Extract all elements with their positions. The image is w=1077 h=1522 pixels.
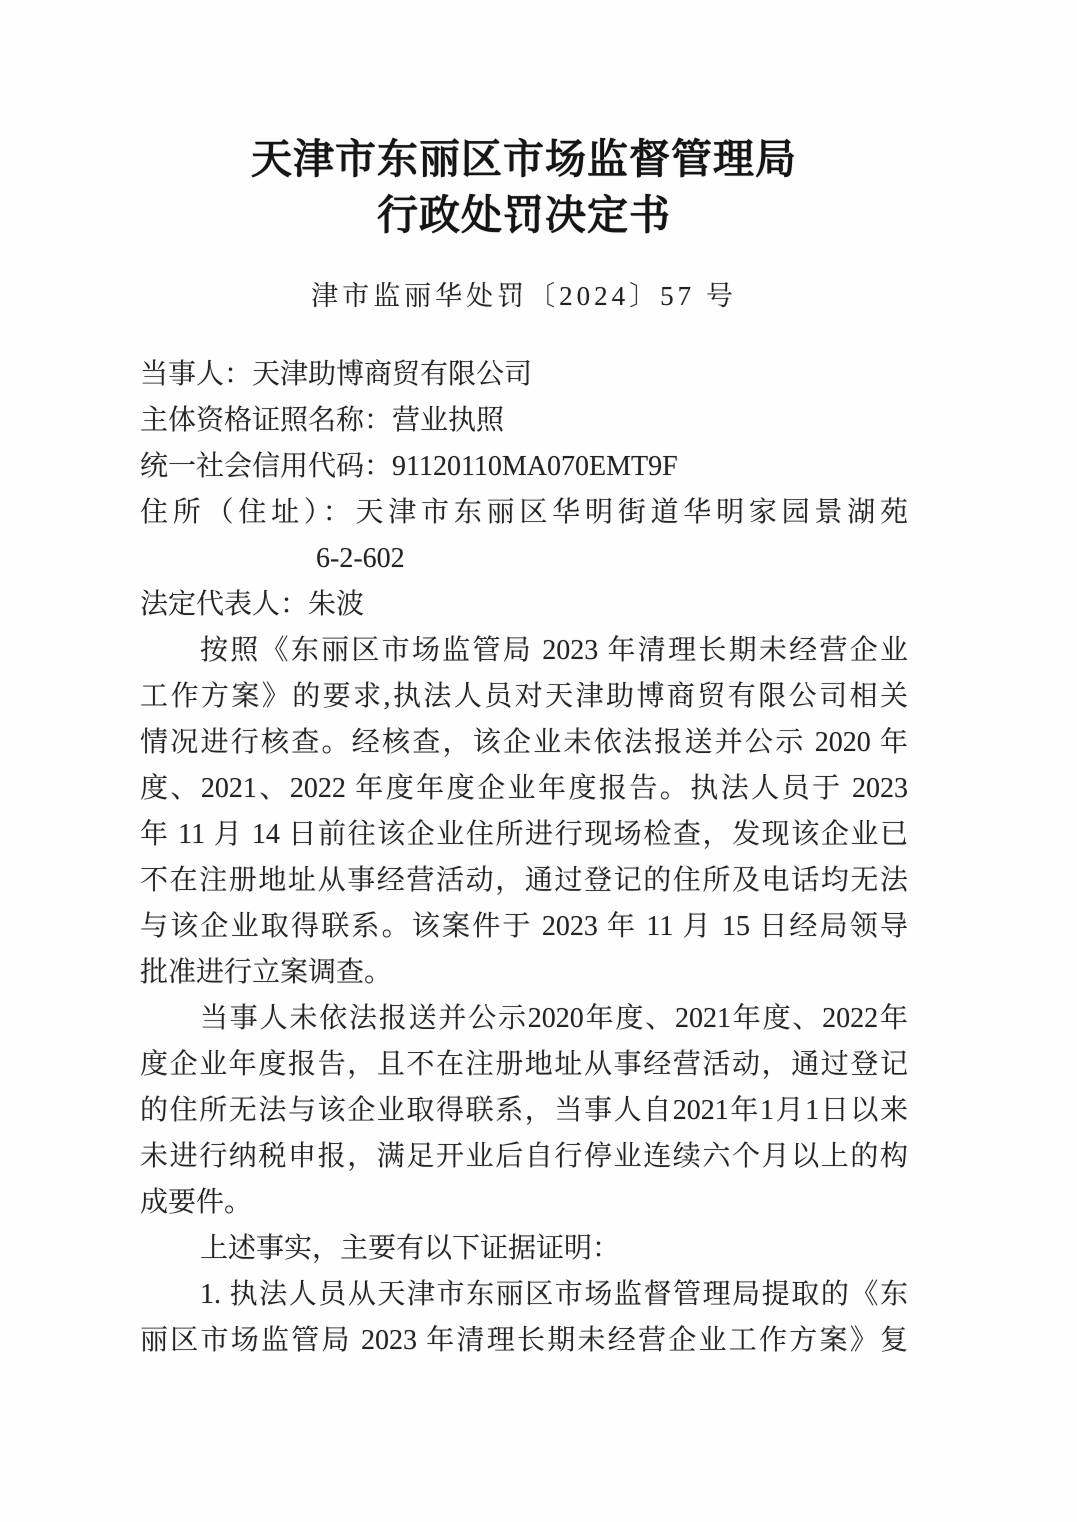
document-number: 津市监丽华处罚〔2024〕57 号: [140, 278, 908, 314]
body-line: 度、2021、2022 年度年度企业年度报告。执法人员于 2023: [140, 766, 908, 812]
body-line: 成要件。: [140, 1180, 908, 1226]
body-line: 情况进行核查。经核查，该企业未依法报送并公示 2020 年: [140, 720, 908, 766]
document-title-line-2: 行政处罚决定书: [140, 190, 908, 240]
body-line: 的住所无法与该企业取得联系，当事人自2021年1月1日以来: [140, 1088, 908, 1134]
body-line: 批准进行立案调查。: [140, 950, 908, 996]
scanned-document-page: 天津市东丽区市场监督管理局 行政处罚决定书 津市监丽华处罚〔2024〕57 号 …: [0, 0, 1077, 1522]
body-line: 未进行纳税申报，满足开业后自行停业连续六个月以上的构: [140, 1134, 908, 1180]
address-line-2: 6-2-602: [140, 536, 908, 582]
document-content: 天津市东丽区市场监督管理局 行政处罚决定书 津市监丽华处罚〔2024〕57 号 …: [140, 0, 908, 1364]
body-line: 按照《东丽区市场监管局 2023 年清理长期未经营企业: [140, 628, 908, 674]
party-name-line: 当事人：天津助博商贸有限公司: [140, 352, 908, 398]
evidence-item-line: 丽区市场监管局 2023 年清理长期未经营企业工作方案》复: [140, 1318, 908, 1364]
body-line: 工作方案》的要求,执法人员对天津助博商贸有限公司相关: [140, 674, 908, 720]
body-line: 与该企业取得联系。该案件于 2023 年 11 月 15 日经局领导: [140, 904, 908, 950]
license-type-line: 主体资格证照名称：营业执照: [140, 398, 908, 444]
evidence-item-line: 1. 执法人员从天津市东丽区市场监督管理局提取的《东: [140, 1272, 908, 1318]
evidence-intro-line: 上述事实，主要有以下证据证明：: [140, 1226, 908, 1272]
document-title-line-1: 天津市东丽区市场监督管理局: [140, 134, 908, 184]
legal-representative-line: 法定代表人：朱波: [140, 582, 908, 628]
body-line: 年 11 月 14 日前往该企业住所进行现场检查，发现该企业已: [140, 812, 908, 858]
credit-code-line: 统一社会信用代码：91120110MA070EMT9F: [140, 444, 908, 490]
address-line-1: 住所（住址）：天津市东丽区华明街道华明家园景湖苑: [140, 490, 908, 536]
body-line: 当事人未依法报送并公示2020年度、2021年度、2022年: [140, 996, 908, 1042]
body-line: 度企业年度报告，且不在注册地址从事经营活动，通过登记: [140, 1042, 908, 1088]
body-line: 不在注册地址从事经营活动，通过登记的住所及电话均无法: [140, 858, 908, 904]
document-body: 当事人：天津助博商贸有限公司 主体资格证照名称：营业执照 统一社会信用代码：91…: [140, 352, 908, 1364]
